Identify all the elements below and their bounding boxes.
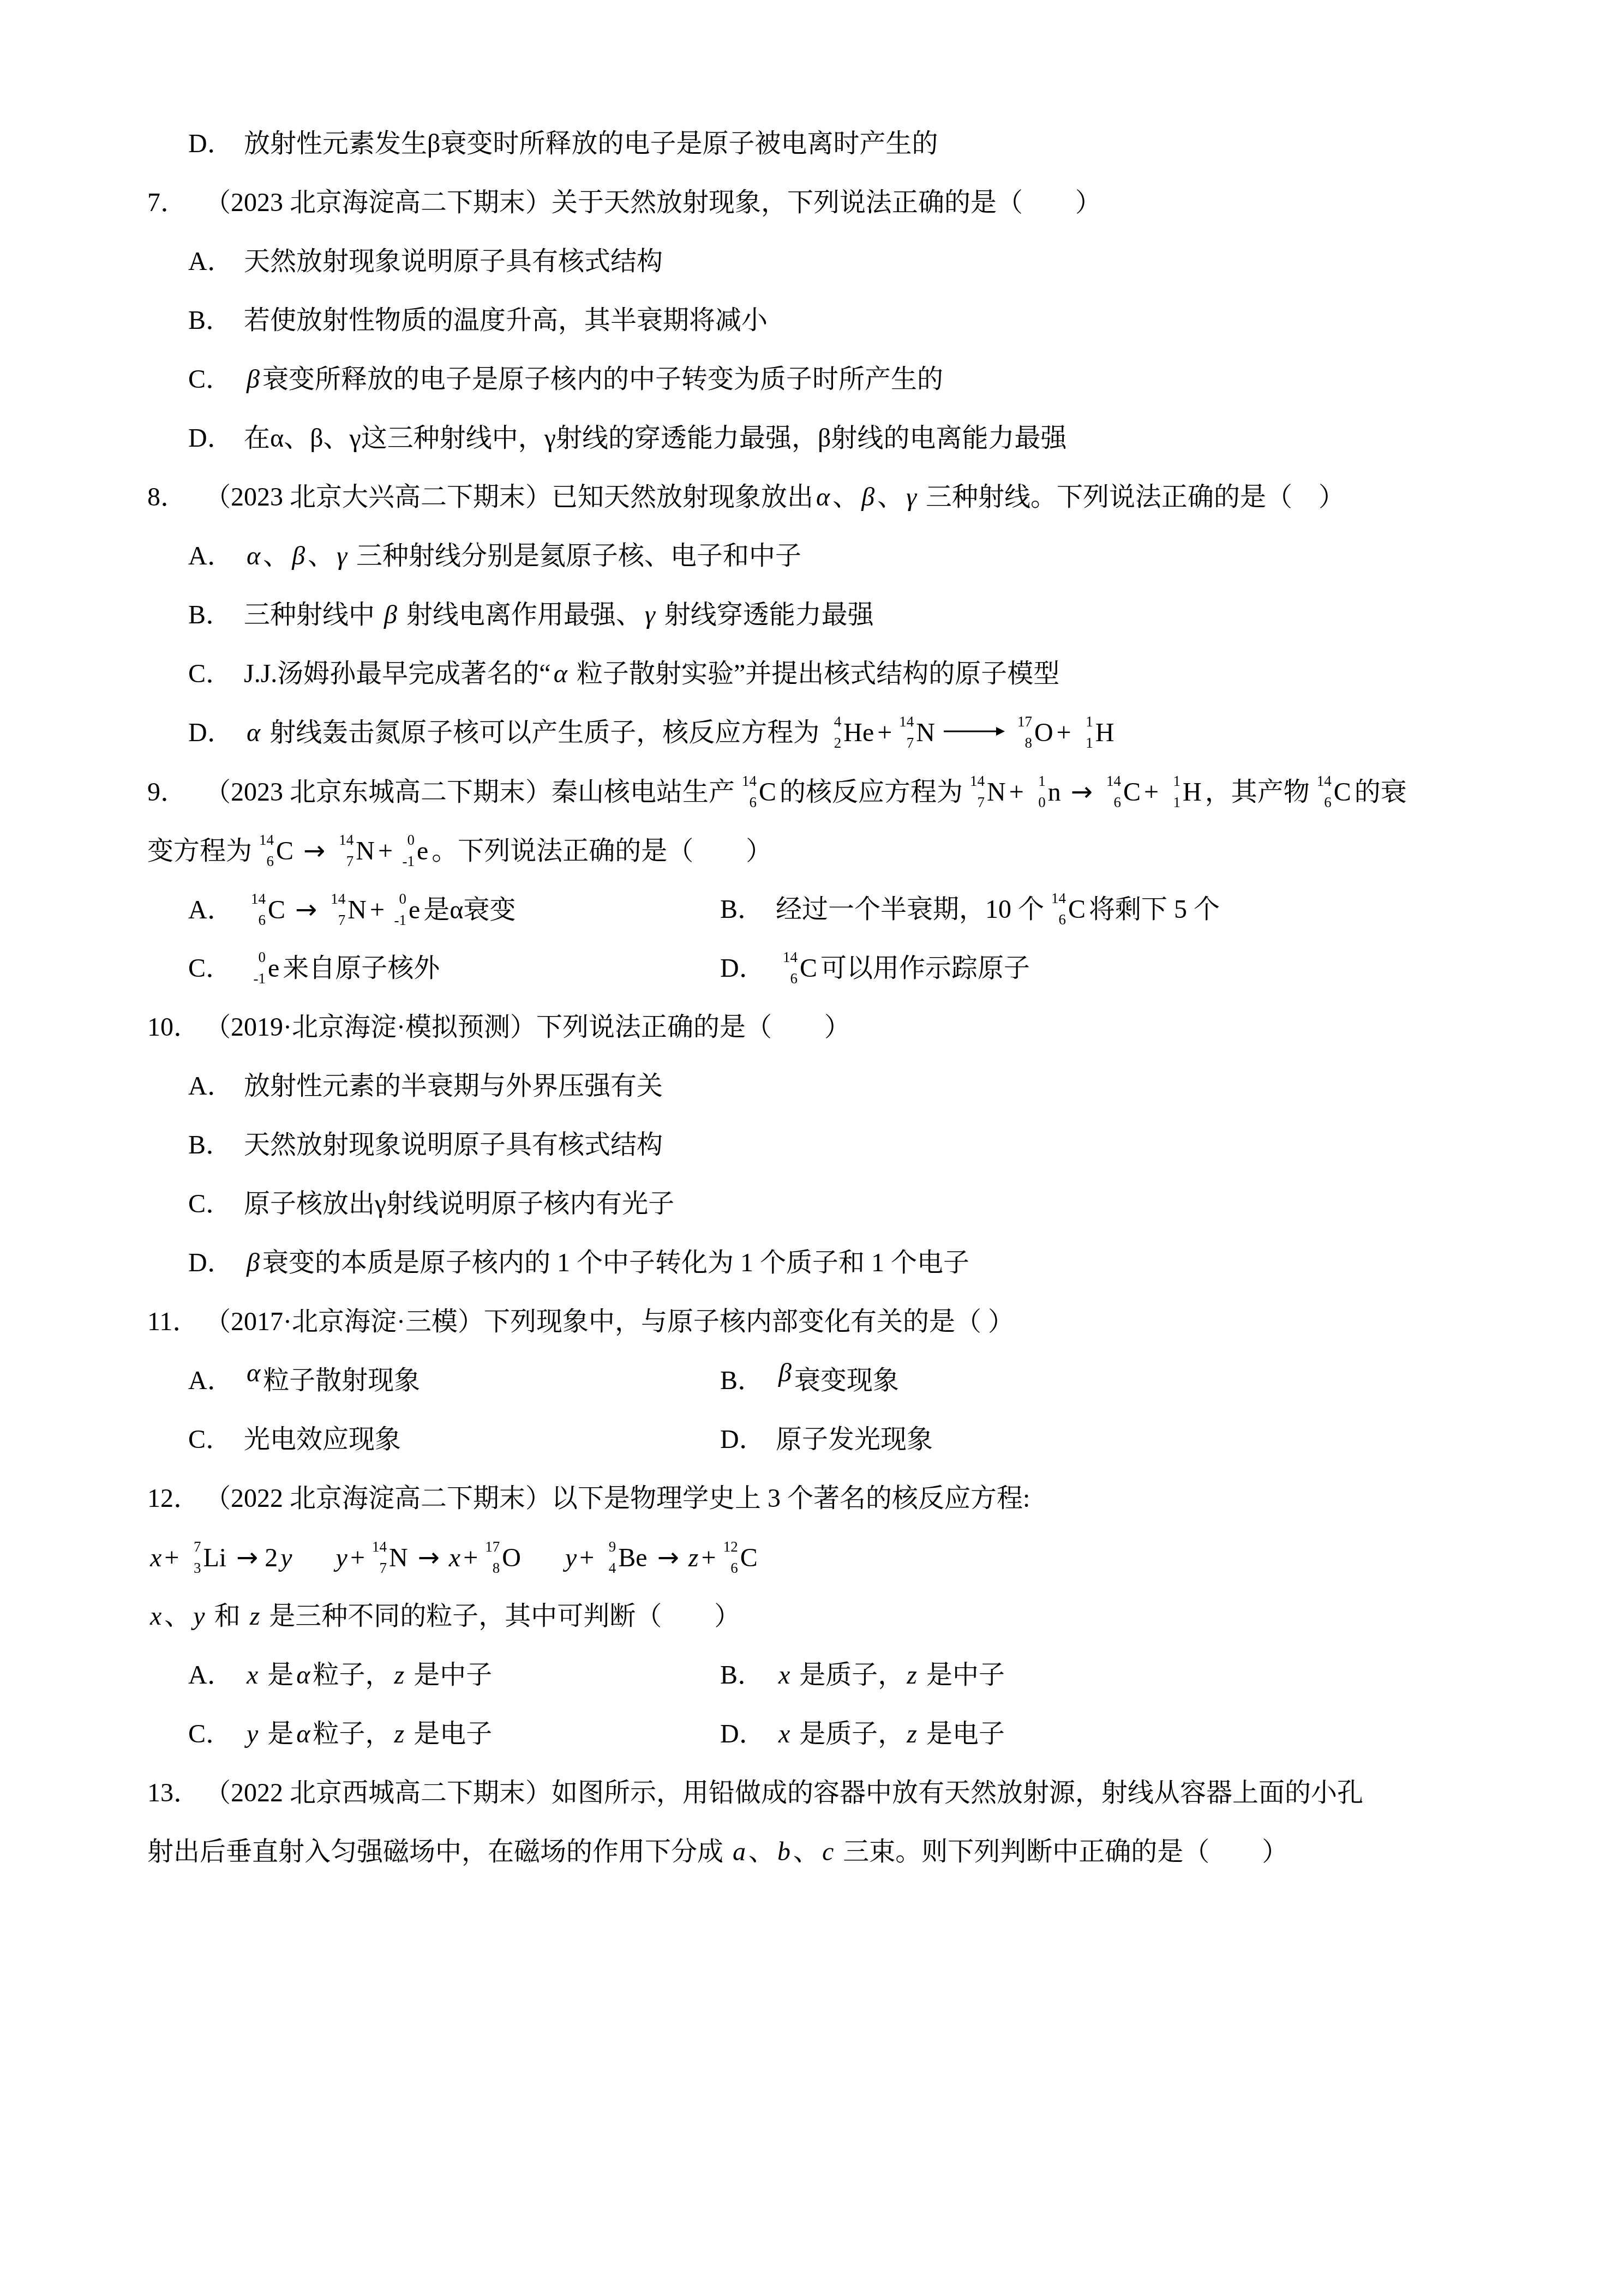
mass-number: 14	[738, 774, 757, 789]
q12-option-c: C．y 是α粒子，z 是电子	[147, 1705, 720, 1764]
text-segment: 粒子散射现象	[263, 1366, 420, 1395]
nuclide: 146C	[1313, 779, 1351, 806]
element-symbol: C	[759, 778, 776, 807]
atomic-number: 7	[335, 854, 353, 869]
mass-number: 14	[1313, 774, 1332, 789]
italic-variable: α	[296, 1661, 310, 1690]
text-segment: 是三种不同的粒子，其中可判断（ ）	[262, 1602, 740, 1631]
text-segment: +	[702, 1543, 716, 1572]
mass-number: 14	[327, 892, 345, 906]
nuclide: 147N	[368, 1545, 408, 1571]
text-segment: 变方程为	[147, 837, 252, 865]
element-symbol: O	[502, 1543, 521, 1572]
q12-option-a: A．x 是α粒子，z 是中子	[147, 1646, 720, 1705]
text-segment: 原子发光现象	[776, 1425, 933, 1454]
question-9-line2: 变方程为146C→147N+0-1e。下列说法正确的是（ ）	[147, 821, 1493, 880]
mass-number: 14	[966, 774, 985, 789]
question-13-line2: 射出后垂直射入匀强磁场中，在磁场的作用下分成 a、b、c 三束。则下列判断中正确…	[147, 1823, 1493, 1882]
element-symbol: H	[1183, 778, 1202, 807]
question-9-line1: 9．（2023 北京东城高二下期末）秦山核电站生产146C的核反应方程为147N…	[147, 762, 1493, 821]
mass-number: 7	[182, 1540, 201, 1554]
text-segment: 射线穿透能力最强	[658, 600, 874, 629]
nuclide: 73Li	[182, 1545, 226, 1571]
element-symbol: H	[1095, 718, 1114, 747]
italic-variable: c	[822, 1837, 834, 1866]
text-segment: +	[579, 1543, 594, 1572]
q11-option-b: B．β衰变现象	[720, 1351, 1493, 1410]
atomic-number: 1	[1075, 736, 1093, 750]
long-right-arrow-icon	[943, 718, 1006, 747]
italic-variable: α	[816, 483, 830, 512]
mass-number: 17	[481, 1540, 500, 1554]
element-symbol: C	[800, 954, 817, 983]
nuclide: 10n	[1027, 779, 1061, 806]
atomic-number: 6	[738, 795, 757, 810]
text-segment: 、	[877, 483, 903, 512]
nuclide: 11H	[1162, 779, 1202, 806]
mass-number: 0	[396, 833, 415, 848]
nuclide: 146C	[738, 779, 776, 806]
text-segment: +	[463, 1543, 478, 1572]
q10-option-a: A．放射性元素的半衰期与外界压强有关	[147, 1057, 1493, 1116]
atomic-number: 6	[1313, 795, 1332, 810]
option-label: A．	[188, 1057, 244, 1116]
mass-number: 12	[720, 1540, 738, 1554]
option-label: A．	[188, 1351, 244, 1410]
text-segment: 、	[164, 1602, 190, 1631]
element-symbol: N	[987, 778, 1006, 807]
text-segment: （2017·北京海淀·三模）下列现象中，与原子核内部变化有关的是（ ）	[205, 1307, 1014, 1336]
q9-option-d: D．146C可以用作示踪原子	[720, 939, 1493, 998]
italic-variable: x	[778, 1661, 790, 1690]
question-11: 11．（2017·北京海淀·三模）下列现象中，与原子核内部变化有关的是（ ）	[147, 1293, 1493, 1351]
option-label: A．	[188, 1646, 244, 1705]
text-segment: 若使放射性物质的温度升高，其半衰期将减小	[244, 306, 768, 335]
question-number: 8．	[147, 468, 205, 527]
option-label: A．	[188, 881, 244, 940]
text-segment: 是电子	[407, 1720, 492, 1748]
element-symbol: C	[1068, 895, 1086, 924]
element-symbol: N	[389, 1543, 408, 1572]
text-segment: 、	[263, 542, 289, 570]
atomic-number: 7	[368, 1561, 387, 1576]
right-arrow-symbol: →	[303, 836, 325, 866]
atomic-number: 6	[720, 1561, 738, 1576]
italic-variable: z	[394, 1661, 405, 1690]
option-label: C．	[188, 939, 244, 998]
text-segment: （2019·北京海淀·模拟预测）下列说法正确的是（ ）	[205, 1013, 850, 1042]
italic-variable: y	[336, 1543, 347, 1572]
q9-option-a: A．146C→147N+0-1e是α衰变	[147, 880, 720, 939]
q11-options-ab: A．α粒子散射现象 B．β衰变现象	[147, 1351, 1493, 1410]
italic-variable: z	[688, 1543, 699, 1572]
option-label: C．	[188, 1410, 244, 1469]
worksheet-page: D．放射性元素发生β衰变时所释放的电子是原子被电离时产生的 7．（2023 北京…	[0, 0, 1624, 2296]
option-label: D．	[188, 409, 244, 468]
q11-option-d: D．原子发光现象	[720, 1410, 1493, 1469]
italic-variable: β	[247, 1248, 260, 1277]
text-segment: 是电子	[920, 1720, 1005, 1748]
text-segment: +	[877, 718, 892, 747]
element-symbol: C	[268, 895, 285, 924]
element-symbol: C	[740, 1543, 758, 1572]
italic-variable: a	[733, 1837, 746, 1866]
atomic-number: 7	[966, 795, 985, 810]
mass-number: 17	[1014, 714, 1032, 729]
atomic-number: 6	[247, 913, 266, 928]
text-segment: 经过一个半衰期，10 个	[776, 895, 1044, 924]
italic-variable: γ	[337, 542, 347, 570]
q12-options-cd: C．y 是α粒子，z 是电子 D．x 是质子，z 是电子	[147, 1705, 1493, 1764]
text-segment: +	[164, 1543, 179, 1572]
text-segment: 光电效应现象	[244, 1425, 401, 1454]
text-segment: （2022 北京海淀高二下期末）以下是物理学史上 3 个著名的核反应方程:	[205, 1484, 1030, 1513]
atomic-number: 1	[1162, 795, 1180, 810]
question-10: 10．（2019·北京海淀·模拟预测）下列说法正确的是（ ）	[147, 998, 1493, 1057]
option-label: D．	[188, 704, 244, 762]
q12-stem-cont: x、y 和 z 是三种不同的粒子，其中可判断（ ）	[147, 1587, 1493, 1646]
mass-number: 14	[368, 1540, 387, 1554]
atomic-number: 6	[255, 854, 274, 869]
italic-variable: x	[778, 1720, 790, 1748]
q7-option-c: C．β衰变所释放的电子是原子核内的中子转变为质子时所产生的	[147, 350, 1493, 409]
atomic-number: 4	[597, 1561, 616, 1576]
atomic-number: -1	[247, 971, 266, 986]
text-segment: 是中子	[920, 1661, 1005, 1690]
italic-variable: y	[565, 1543, 577, 1572]
option-label: B．	[720, 880, 776, 939]
option-label: B．	[188, 1116, 244, 1175]
q12-option-b: B．x 是质子，z 是中子	[720, 1646, 1493, 1705]
italic-variable: α	[554, 659, 567, 688]
mass-number: 14	[895, 714, 914, 729]
element-symbol: He	[843, 718, 874, 747]
text-segment: 天然放射现象说明原子具有核式结构	[244, 1131, 663, 1159]
atomic-number: -1	[388, 913, 406, 928]
text-segment: J.J.汤姆孙最早完成著名的“	[244, 659, 551, 688]
nuclide: 178O	[481, 1545, 521, 1571]
text-segment: +	[370, 895, 385, 924]
q11-option-c: C．光电效应现象	[147, 1410, 720, 1469]
mass-number: 0	[388, 892, 406, 906]
right-arrow-symbol: →	[236, 1542, 258, 1573]
text-segment: 2	[265, 1543, 278, 1572]
atomic-number: 7	[895, 736, 914, 750]
atomic-number: 8	[481, 1561, 500, 1576]
text-segment: （2022 北京西城高二下期末）如图所示，用铅做成的容器中放有天然放射源，射线从…	[205, 1778, 1363, 1807]
right-arrow-symbol: →	[657, 1542, 679, 1573]
question-13-line1: 13．（2022 北京西城高二下期末）如图所示，用铅做成的容器中放有天然放射源，…	[147, 1764, 1493, 1823]
text-segment: +	[1057, 718, 1071, 747]
text-segment: 三束。则下列判断中正确的是（ ）	[836, 1837, 1288, 1866]
mass-number: 14	[1047, 891, 1066, 906]
option-label: C．	[188, 645, 244, 704]
text-segment: 粒子，	[313, 1661, 392, 1690]
option-label: C．	[188, 350, 244, 409]
italic-variable: y	[193, 1602, 205, 1631]
mass-number: 4	[823, 714, 841, 729]
option-label: C．	[188, 1175, 244, 1234]
italic-variable: x	[449, 1543, 460, 1572]
q11-options-cd: C．光电效应现象 D．原子发光现象	[147, 1410, 1493, 1469]
italic-variable-raised: α	[247, 1359, 260, 1387]
option-label: D．	[720, 939, 776, 998]
nuclide: 146C	[1102, 779, 1141, 806]
atomic-number: 7	[327, 913, 345, 928]
q7-option-d: D．在α、β、γ这三种射线中，γ射线的穿透能力最强，β射线的电离能力最强	[147, 409, 1493, 468]
mass-number: 0	[247, 950, 266, 965]
text-segment: ，其产物	[1205, 778, 1310, 807]
text-segment: 粒子散射实验”并提出核式结构的原子模型	[570, 659, 1059, 688]
text-segment: 衰变的本质是原子核内的 1 个中子转化为 1 个质子和 1 个电子	[262, 1248, 969, 1277]
q8-option-a: A．α、β、γ 三种射线分别是氦原子核、电子和中子	[147, 527, 1493, 586]
nuclide: 126C	[720, 1545, 758, 1571]
element-symbol: e	[409, 895, 420, 924]
italic-variable: β	[247, 365, 260, 394]
nuclide: 11H	[1075, 720, 1114, 746]
text-segment: 的核反应方程为	[780, 778, 963, 807]
right-arrow-symbol: →	[295, 894, 317, 925]
option-label: B．	[188, 586, 244, 645]
q6-option-d: D．放射性元素发生β衰变时所释放的电子是原子被电离时产生的	[147, 115, 1493, 173]
option-label: A．	[188, 232, 244, 291]
text-segment: 是质子，	[793, 1720, 904, 1748]
q8-option-d: D．α 射线轰击氮原子核可以产生质子，核反应方程为42He+147N178O+1…	[147, 704, 1493, 762]
text-segment: 、	[832, 483, 859, 512]
question-number: 9．	[147, 763, 205, 822]
question-number: 7．	[147, 173, 205, 232]
option-label: B．	[188, 291, 244, 350]
mass-number: 14	[335, 833, 353, 848]
italic-variable-raised: β	[778, 1359, 792, 1387]
italic-variable: α	[296, 1720, 310, 1748]
atomic-number: 2	[823, 736, 841, 750]
atomic-number: 6	[1102, 795, 1121, 810]
text-segment: 天然放射现象说明原子具有核式结构	[244, 247, 663, 276]
element-symbol: C	[1123, 778, 1141, 807]
mass-number: 1	[1027, 774, 1046, 789]
mass-number: 1	[1075, 714, 1093, 729]
right-arrow-symbol: →	[418, 1542, 440, 1573]
element-symbol: N	[347, 895, 367, 924]
nuclide: 94Be	[597, 1545, 647, 1571]
text-segment: 、	[748, 1837, 775, 1866]
element-symbol: e	[268, 954, 279, 983]
right-arrow-symbol: →	[1071, 777, 1093, 807]
q8-option-c: C．J.J.汤姆孙最早完成著名的“α 粒子散射实验”并提出核式结构的原子模型	[147, 645, 1493, 704]
question-number: 11．	[147, 1293, 205, 1351]
mass-number: 14	[255, 833, 274, 848]
element-symbol: O	[1034, 718, 1053, 747]
question-number: 13．	[147, 1764, 205, 1823]
text-segment: 是质子，	[793, 1661, 904, 1690]
option-label: D．	[720, 1705, 776, 1764]
atomic-number: 3	[182, 1561, 201, 1576]
atomic-number: 6	[1047, 912, 1066, 927]
nuclide: 0-1e	[396, 838, 428, 864]
text-segment: 射出后垂直射入匀强磁场中，在磁场的作用下分成	[147, 1837, 730, 1866]
italic-variable: γ	[906, 483, 916, 512]
nuclide: 0-1e	[247, 955, 279, 982]
text-segment: 可以用作示踪原子	[820, 954, 1030, 983]
text-segment: 将剩下 5 个	[1089, 895, 1220, 924]
italic-variable: α	[247, 542, 260, 570]
option-label: D．	[188, 1234, 244, 1293]
q10-option-b: B．天然放射现象说明原子具有核式结构	[147, 1116, 1493, 1175]
option-label: A．	[188, 527, 244, 586]
text-segment: （2023 北京海淀高二下期末）关于天然放射现象，下列说法正确的是（ ）	[205, 188, 1101, 217]
italic-variable: γ	[645, 600, 655, 629]
text-segment: 粒子，	[313, 1720, 392, 1748]
q12-equations: x+73Li→2yy+147N→x+178Oy+94Be→z+126C	[147, 1528, 1493, 1587]
italic-variable: β	[861, 483, 874, 512]
atomic-number: 8	[1014, 736, 1032, 750]
nuclide: 146C	[255, 838, 293, 864]
mass-number: 14	[247, 892, 266, 906]
text-segment: +	[378, 837, 393, 865]
text-segment: 射线电离作用最强、	[400, 600, 642, 629]
q11-option-a: A．α粒子散射现象	[147, 1351, 720, 1410]
element-symbol: N	[356, 837, 375, 865]
italic-variable: b	[777, 1837, 790, 1866]
text-segment: 衰变所释放的电子是原子核内的中子转变为质子时所产生的	[262, 365, 943, 394]
nuclide: 147N	[966, 779, 1006, 806]
italic-variable: z	[907, 1720, 917, 1748]
text-segment: +	[1009, 778, 1024, 807]
text-segment: 三种射线。下列说法正确的是（ ）	[919, 483, 1345, 512]
nuclide: 146C	[247, 897, 285, 923]
q9-option-b: B．经过一个半衰期，10 个146C将剩下 5 个	[720, 880, 1493, 939]
element-symbol: N	[916, 718, 935, 747]
q10-option-d: D．β衰变的本质是原子核内的 1 个中子转化为 1 个质子和 1 个电子	[147, 1234, 1493, 1293]
nuclide: 147N	[327, 897, 367, 923]
mass-number: 14	[779, 950, 798, 965]
q7-option-a: A．天然放射现象说明原子具有核式结构	[147, 232, 1493, 291]
mass-number: 1	[1162, 774, 1180, 789]
q12-option-d: D．x 是质子，z 是电子	[720, 1705, 1493, 1764]
mass-number: 14	[1102, 774, 1121, 789]
nuclide: 42He	[823, 720, 874, 746]
nuclide: 178O	[1014, 720, 1053, 746]
text-segment: +	[1144, 778, 1159, 807]
text-segment: 、	[793, 1837, 819, 1866]
element-symbol: C	[276, 837, 293, 865]
option-label: B．	[720, 1351, 776, 1410]
text-segment: 衰变现象	[794, 1366, 899, 1395]
text-segment: 的衰	[1355, 778, 1407, 807]
text-segment: （2023 北京大兴高二下期末）已知天然放射现象放出	[205, 483, 813, 512]
q12-options-ab: A．x 是α粒子，z 是中子 B．x 是质子，z 是中子	[147, 1646, 1493, 1705]
text-segment: 、	[308, 542, 334, 570]
nuclide: 147N	[895, 720, 935, 746]
option-label: B．	[720, 1646, 776, 1705]
italic-variable: z	[394, 1720, 405, 1748]
nuclide: 0-1e	[388, 897, 420, 923]
atomic-number: 0	[1027, 795, 1046, 810]
text-segment: 三种射线中	[244, 600, 381, 629]
italic-variable: β	[292, 542, 305, 570]
italic-variable: x	[150, 1543, 161, 1572]
text-segment: 放射性元素发生β衰变时所释放的电子是原子被电离时产生的	[244, 129, 938, 158]
element-symbol: Li	[203, 1543, 226, 1572]
question-number: 10．	[147, 998, 205, 1057]
italic-variable: z	[907, 1661, 917, 1690]
text-segment: 是α衰变	[423, 895, 516, 924]
q9-options-ab: A．146C→147N+0-1e是α衰变 B．经过一个半衰期，10 个146C将…	[147, 880, 1493, 939]
element-symbol: C	[1334, 778, 1351, 807]
question-7: 7．（2023 北京海淀高二下期末）关于天然放射现象，下列说法正确的是（ ）	[147, 173, 1493, 232]
nuclide: 146C	[1047, 897, 1086, 923]
q9-options-cd: C．0-1e来自原子核外 D．146C可以用作示踪原子	[147, 939, 1493, 998]
italic-variable: y	[247, 1720, 258, 1748]
italic-variable: z	[250, 1602, 260, 1631]
q10-option-c: C．原子核放出γ射线说明原子核内有光子	[147, 1175, 1493, 1234]
text-segment: 是	[261, 1720, 293, 1748]
question-8: 8．（2023 北京大兴高二下期末）已知天然放射现象放出α、β、γ 三种射线。下…	[147, 468, 1493, 527]
atomic-number: -1	[396, 854, 415, 869]
question-12: 12．（2022 北京海淀高二下期末）以下是物理学史上 3 个著名的核反应方程:	[147, 1469, 1493, 1528]
atomic-number: 6	[779, 971, 798, 986]
mass-number: 9	[597, 1540, 616, 1554]
italic-variable: α	[247, 718, 260, 747]
text-segment: +	[350, 1543, 365, 1572]
element-symbol: Be	[618, 1543, 647, 1572]
text-segment: 在α、β、γ这三种射线中，γ射线的穿透能力最强，β射线的电离能力最强	[244, 424, 1066, 453]
option-label: D．	[720, 1410, 776, 1469]
text-segment: 射线轰击氮原子核可以产生质子，核反应方程为	[263, 718, 819, 747]
option-label: D．	[188, 115, 244, 173]
italic-variable: x	[150, 1602, 161, 1631]
option-label: C．	[188, 1705, 244, 1764]
q9-option-c: C．0-1e来自原子核外	[147, 939, 720, 998]
text-segment: （2023 北京东城高二下期末）秦山核电站生产	[205, 778, 735, 807]
italic-variable: y	[280, 1543, 292, 1572]
question-number: 12．	[147, 1469, 205, 1528]
text-segment: 是中子	[407, 1661, 492, 1690]
text-segment: 是	[261, 1661, 293, 1690]
q8-option-b: B．三种射线中 β 射线电离作用最强、γ 射线穿透能力最强	[147, 586, 1493, 645]
text-segment: 三种射线分别是氦原子核、电子和中子	[350, 542, 801, 570]
nuclide: 146C	[779, 955, 817, 982]
element-symbol: n	[1048, 778, 1061, 807]
text-segment: 和	[208, 1602, 247, 1631]
nuclide: 147N	[335, 838, 375, 864]
text-segment: 。下列说法正确的是（ ）	[432, 837, 772, 865]
text-segment: 原子核放出γ射线说明原子核内有光子	[244, 1189, 674, 1218]
q7-option-b: B．若使放射性物质的温度升高，其半衰期将减小	[147, 291, 1493, 350]
text-segment: 来自原子核外	[283, 954, 440, 983]
element-symbol: e	[417, 837, 428, 865]
italic-variable: x	[247, 1661, 258, 1690]
italic-variable: β	[384, 600, 397, 629]
text-segment: 放射性元素的半衰期与外界压强有关	[244, 1072, 663, 1101]
